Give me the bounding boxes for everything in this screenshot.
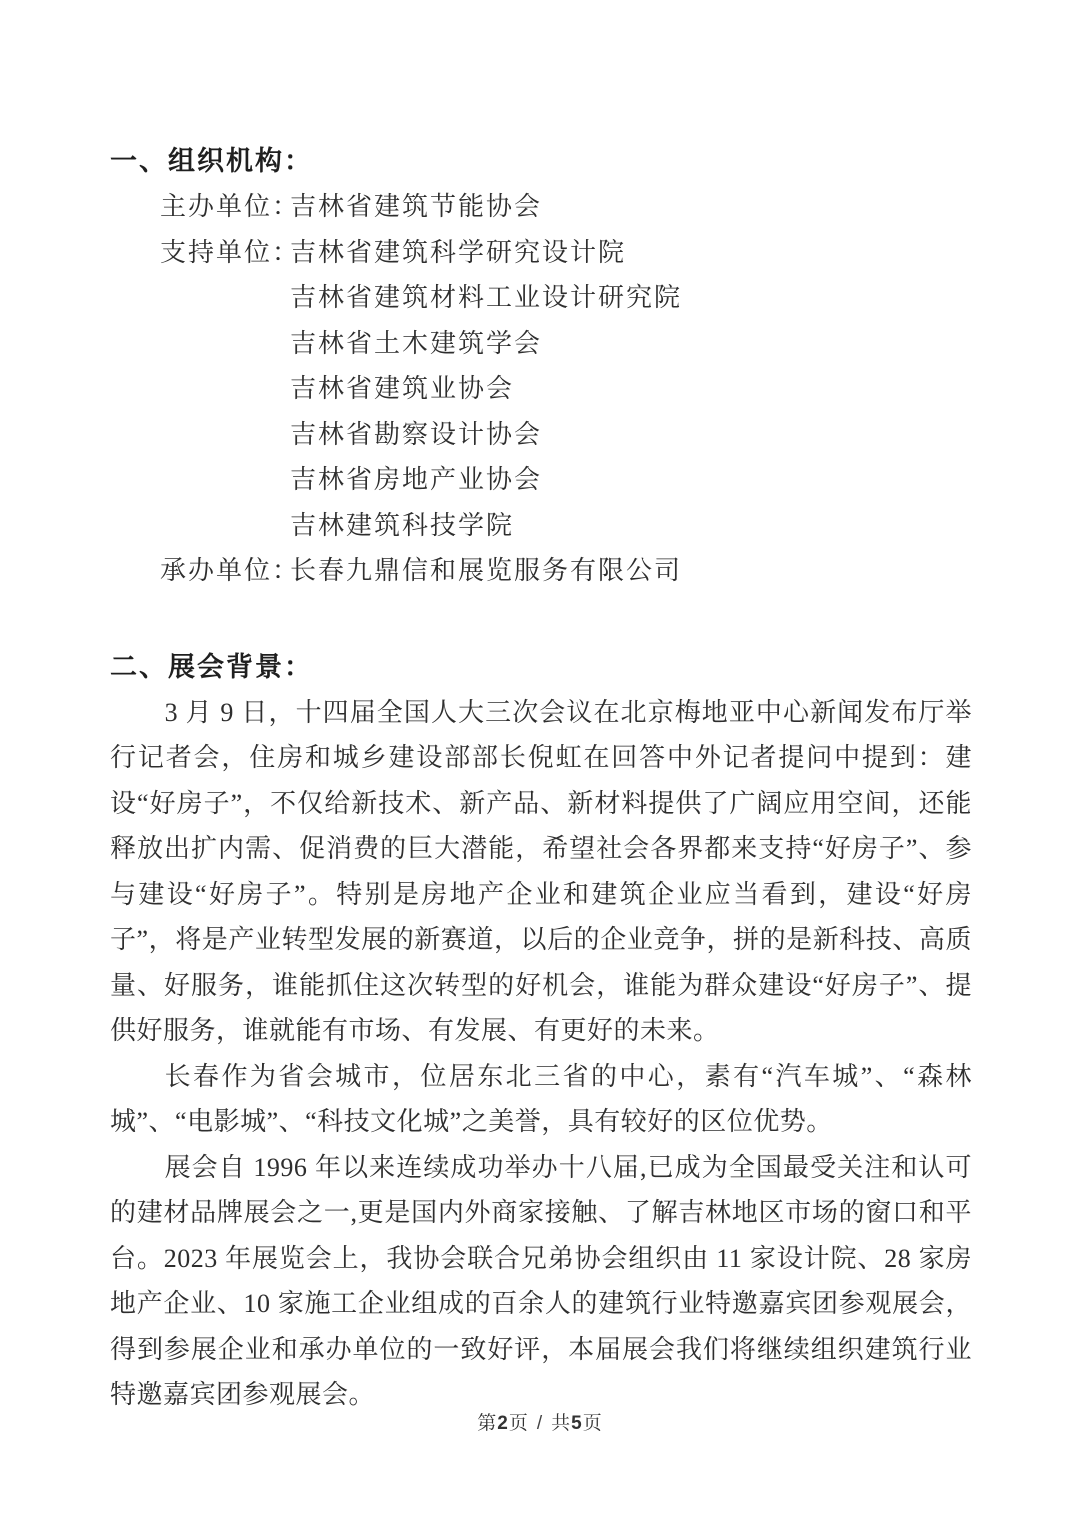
page-number-suffix: 页 [509, 1413, 529, 1434]
background-paragraph: 长春作为省会城市，位居东北三省的中心，素有“汽车城”、“森林城”、“电影城”、“… [110, 1054, 972, 1145]
org-row: 吉林省勘察设计协会 [160, 412, 972, 458]
page-footer: 第2页/共5页 [0, 1408, 1080, 1435]
org-name: 吉林省建筑科学研究设计院 [290, 238, 626, 267]
org-row: 吉林省土木建筑学会 [160, 321, 972, 367]
organization-list: 主办单位：吉林省建筑节能协会 支持单位：吉林省建筑科学研究设计院 吉林省建筑材料… [160, 184, 972, 594]
org-row: 吉林建筑科技学院 [160, 503, 972, 549]
org-name: 吉林省建筑业协会 [290, 374, 514, 403]
current-page-number: 2 [497, 1413, 509, 1434]
org-name: 长春九鼎信和展览服务有限公司 [290, 556, 682, 585]
org-name: 吉林省土木建筑学会 [290, 329, 542, 358]
page-separator: / [537, 1413, 543, 1434]
org-row: 吉林省房地产业协会 [160, 457, 972, 503]
org-name: 吉林省房地产业协会 [290, 465, 542, 494]
section-heading-background: 二、展会背景： [110, 644, 972, 690]
background-paragraph: 展会自 1996 年以来连续成功举办十八届,已成为全国最受关注和认可的建材品牌展… [110, 1145, 972, 1418]
org-row: 主办单位：吉林省建筑节能协会 [160, 184, 972, 230]
org-name: 吉林建筑科技学院 [290, 511, 514, 540]
document-content: 一、组织机构： 主办单位：吉林省建筑节能协会 支持单位：吉林省建筑科学研究设计院… [110, 138, 972, 1418]
org-row: 承办单位：长春九鼎信和展览服务有限公司 [160, 548, 972, 594]
section-heading-organization: 一、组织机构： [110, 138, 972, 184]
org-role-label: 支持单位： [160, 230, 290, 276]
org-role-label: 主办单位： [160, 184, 290, 230]
org-name: 吉林省建筑材料工业设计研究院 [290, 283, 682, 312]
total-pages-number: 5 [571, 1413, 583, 1434]
org-role-label: 承办单位： [160, 548, 290, 594]
background-paragraph: 3 月 9 日，十四届全国人大三次会议在北京梅地亚中心新闻发布厅举行记者会，住房… [110, 690, 972, 1054]
document-page: 一、组织机构： 主办单位：吉林省建筑节能协会 支持单位：吉林省建筑科学研究设计院… [0, 0, 1080, 1528]
total-pages-suffix: 页 [583, 1413, 603, 1434]
total-pages-prefix: 共 [551, 1413, 571, 1434]
org-name: 吉林省勘察设计协会 [290, 420, 542, 449]
org-row: 吉林省建筑业协会 [160, 366, 972, 412]
org-row: 支持单位：吉林省建筑科学研究设计院 [160, 230, 972, 276]
org-name: 吉林省建筑节能协会 [290, 192, 542, 221]
page-number-prefix: 第 [477, 1413, 497, 1434]
org-row: 吉林省建筑材料工业设计研究院 [160, 275, 972, 321]
